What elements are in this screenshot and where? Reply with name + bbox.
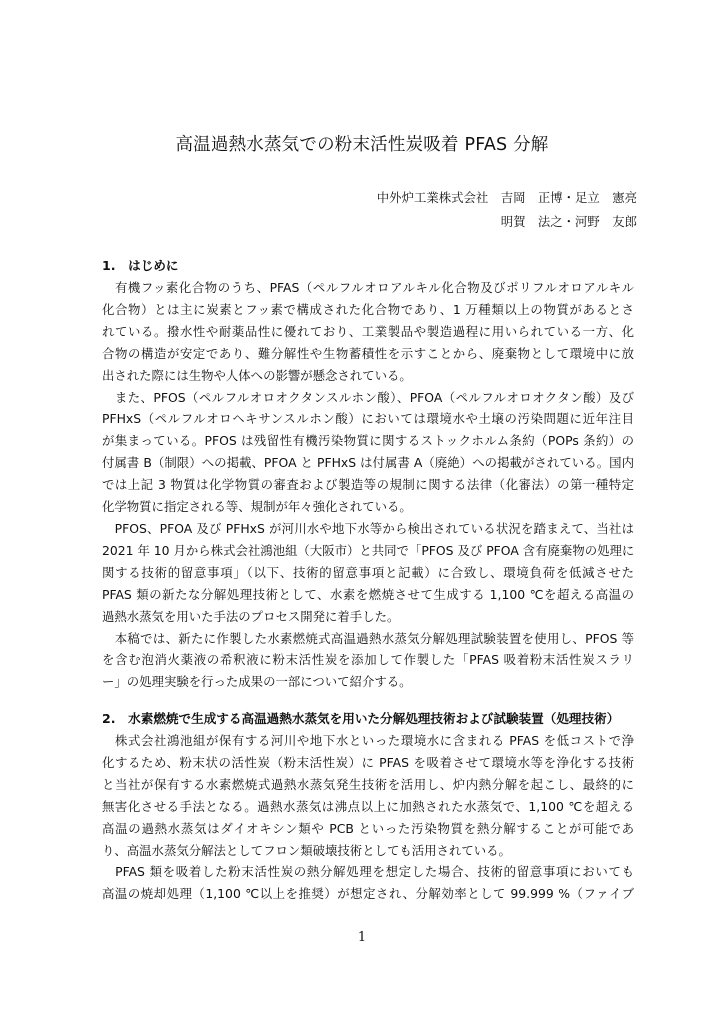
text-line: 高温の焼却処理（1,100 ℃以上を推奨）が想定され、分解効率として 99.99… xyxy=(102,883,634,905)
text-line: 化するため、粉末状の活性炭（粉末活性炭）に PFAS を吸着させて環境水等を浄化… xyxy=(102,752,634,774)
text-line: 出された際には生物や人体への影響が懸念されている。 xyxy=(102,365,634,387)
paragraph: 株式会社鴻池組が保有する河川や地下水といった環境水に含まれる PFAS を低コス… xyxy=(102,730,634,861)
text-line: また、PFOS（ペルフルオロオクタンスルホン酸）、PFOA（ペルフルオロオクタン… xyxy=(102,387,634,409)
text-line: 株式会社鴻池組が保有する河川や地下水といった環境水に含まれる PFAS を低コス… xyxy=(102,730,634,752)
text-line: 合物の構造が安定であり、難分解性や生物蓄積性を示すことから、廃棄物として環境中に… xyxy=(102,343,634,365)
paragraph: PFOS、PFOA 及び PFHxS が河川水や地下水等から検出されている状況を… xyxy=(102,518,634,628)
text-line: では上記 3 物質は化学物質の審査および製造等の規制に関する法律（化審法）の第一… xyxy=(102,474,634,496)
section-treatment-technology: 2. 水素燃焼で生成する高温過熱水蒸気を用いた分解処理技術および試験装置（処理技… xyxy=(102,708,634,905)
text-line: れている。撥水性や耐薬品性に優れており、工業製品や製造過程に用いられている一方、… xyxy=(102,321,634,343)
paragraph: PFAS 類を吸着した粉末活性炭の熱分解処理を想定した場合、技術的留意事項におい… xyxy=(102,861,634,905)
text-line: が集まっている。PFOS は残留性有機汚染物質に関するストックホルム条約（POP… xyxy=(102,430,634,452)
document-title: 高温過熱水蒸気での粉末活性炭吸着 PFAS 分解 xyxy=(0,131,724,156)
text-line: PFOS、PFOA 及び PFHxS が河川水や地下水等から検出されている状況を… xyxy=(102,518,634,540)
section-heading: 2. 水素燃焼で生成する高温過熱水蒸気を用いた分解処理技術および試験装置（処理技… xyxy=(102,708,634,730)
paragraph: また、PFOS（ペルフルオロオクタンスルホン酸）、PFOA（ペルフルオロオクタン… xyxy=(102,387,634,518)
text-line: 2021 年 10 月から株式会社鴻池組（大阪市）と共同で「PFOS 及び PF… xyxy=(102,540,634,562)
text-line: 高温の過熱水蒸気はダイオキシン類や PCB といった汚染物質を熱分解することが可… xyxy=(102,818,634,840)
text-line: PFAS 類の新たな分解処理技術として、水素を燃焼させて生成する 1,100 ℃… xyxy=(102,584,634,606)
text-line: 無害化させる手法となる。過熱水蒸気は沸点以上に加熱された水蒸気で、1,100 ℃… xyxy=(102,796,634,818)
text-line: 本稿では、新たに作製した水素燃焼式高温過熱水蒸気分解処理試験装置を使用し、PFO… xyxy=(102,628,634,650)
paragraph: 本稿では、新たに作製した水素燃焼式高温過熱水蒸気分解処理試験装置を使用し、PFO… xyxy=(102,628,634,694)
page-number: 1 xyxy=(0,930,724,945)
text-line: 化合物）とは主に炭素とフッ素で構成された化合物であり、1 万種類以上の物質がある… xyxy=(102,299,634,321)
text-line: と当社が保有する水素燃焼式過熱水蒸気発生技術を活用し、炉内熱分解を起こし、最終的… xyxy=(102,774,634,796)
text-line: 化学物質に指定される等、規制が年々強化されている。 xyxy=(102,496,634,518)
section-heading: 1. はじめに xyxy=(102,255,634,277)
paragraph: 有機フッ素化合物のうち、PFAS（ペルフルオロアルキル化合物及びポリフルオロアル… xyxy=(102,277,634,387)
text-line: り、高温水蒸気分解法としてフロン類破壊技術としても活用されている。 xyxy=(102,840,634,862)
text-line: 関する技術的留意事項」（以下、技術的留意事項と記載）に合致し、環境負荷を低減させ… xyxy=(102,562,634,584)
text-line: 過熱水蒸気を用いた手法のプロセス開発に着手した。 xyxy=(102,606,634,628)
text-line: を含む泡消火薬液の希釈液に粉末活性炭を添加して作製した「PFAS 吸着粉末活性炭… xyxy=(102,649,634,671)
text-line: 付属書 B（制限）への掲載、PFOA と PFHxS は付属書 A（廃絶）への掲… xyxy=(102,452,634,474)
text-line: 有機フッ素化合物のうち、PFAS（ペルフルオロアルキル化合物及びポリフルオロアル… xyxy=(102,277,634,299)
author-line: 明賀 法之・河野 友郎 xyxy=(377,210,637,234)
text-line: PFHxS（ペルフルオロヘキサンスルホン酸）においては環境水や土壌の汚染問題に近… xyxy=(102,408,634,430)
section-introduction: 1. はじめに 有機フッ素化合物のうち、PFAS（ペルフルオロアルキル化合物及び… xyxy=(102,255,634,693)
author-block: 中外炉工業株式会社 吉岡 正博・足立 憲亮 明賀 法之・河野 友郎 xyxy=(377,186,637,234)
author-line: 中外炉工業株式会社 吉岡 正博・足立 憲亮 xyxy=(377,186,637,210)
text-line: ー」の処理実験を行った成果の一部について紹介する。 xyxy=(102,671,634,693)
text-line: PFAS 類を吸着した粉末活性炭の熱分解処理を想定した場合、技術的留意事項におい… xyxy=(102,861,634,883)
